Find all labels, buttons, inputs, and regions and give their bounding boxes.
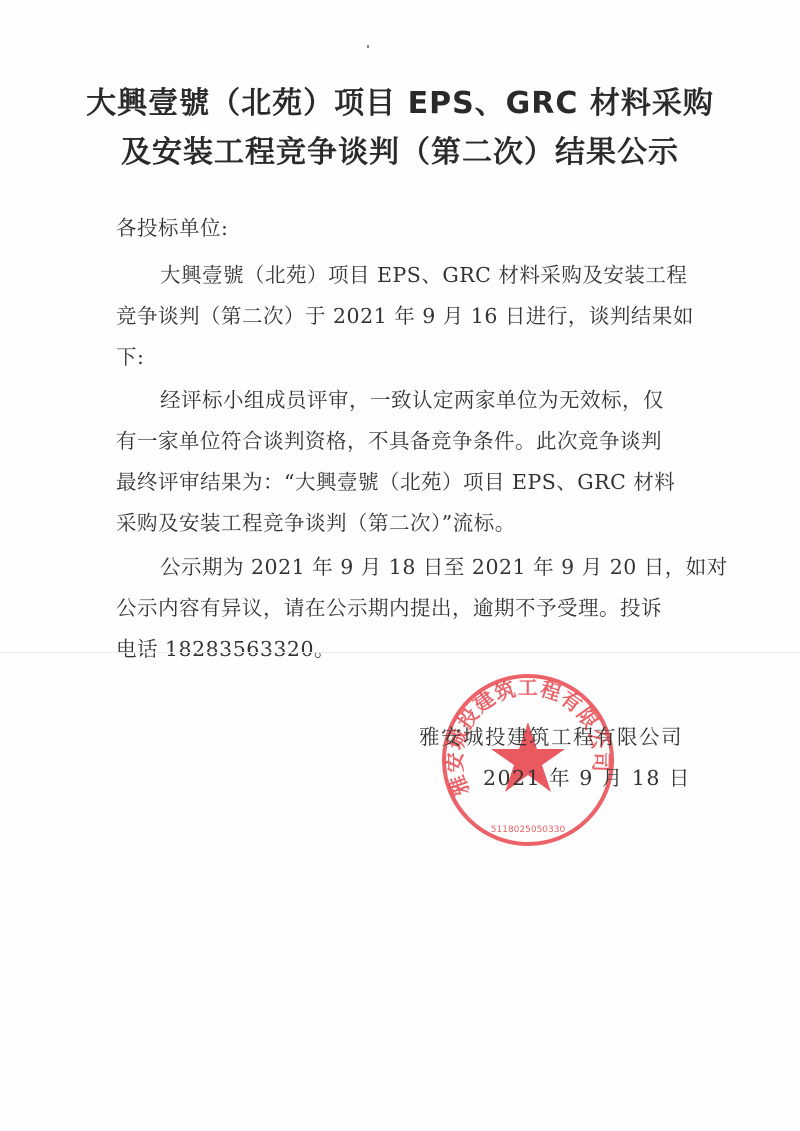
document-page: 大興壹號（北苑）项目 EPS、GRC 材料采购 及安装工程竞争谈判（第二次）结果… <box>0 0 800 1131</box>
paragraph-2-line-2: 有一家单位符合谈判资格，不具备竞争条件。此次竞争谈判 <box>116 428 662 454</box>
scan-artifact <box>367 45 369 48</box>
salutation: 各投标单位: <box>116 215 228 241</box>
paragraph-3-line-1: 公示期为 2021 年 9 月 18 日至 2021 年 9 月 20 日，如对 <box>160 554 728 580</box>
stamp-code: 5118025050330 <box>491 825 566 835</box>
paragraph-2-line-4: 采购及安装工程竞争谈判（第二次）”流标。 <box>116 510 516 536</box>
paragraph-3-line-3: 电话 18283563320。 <box>116 636 335 662</box>
paragraph-2-line-3: 最终评审结果为：“大興壹號（北苑）项目 EPS、GRC 材料 <box>116 469 675 495</box>
paragraph-2-line-1: 经评标小组成员评审，一致认定两家单位为无效标，仅 <box>160 387 664 413</box>
document-title-line-2: 及安装工程竞争谈判（第二次）结果公示 <box>60 133 740 173</box>
scan-fold-line <box>0 652 800 653</box>
signature-date: 2021 年 9 月 18 日 <box>483 761 691 791</box>
document-title-line-1: 大興壹號（北苑）项目 EPS、GRC 材料采购 <box>60 84 740 124</box>
paragraph-3-line-2: 公示内容有异议，请在公示期内提出，逾期不予受理。投诉 <box>116 595 662 621</box>
paragraph-1-line-1: 大興壹號（北苑）项目 EPS、GRC 材料采购及安装工程 <box>160 262 687 288</box>
paragraph-1-line-3: 下: <box>116 344 144 370</box>
signature-company: 雅安城投建筑工程有限公司 <box>419 720 683 750</box>
paragraph-1-line-2: 竞争谈判（第二次）于 2021 年 9 月 16 日进行，谈判结果如 <box>116 303 694 329</box>
company-seal-stamp: 雅安城投建筑工程有限公司 5118025050330 <box>440 672 616 848</box>
